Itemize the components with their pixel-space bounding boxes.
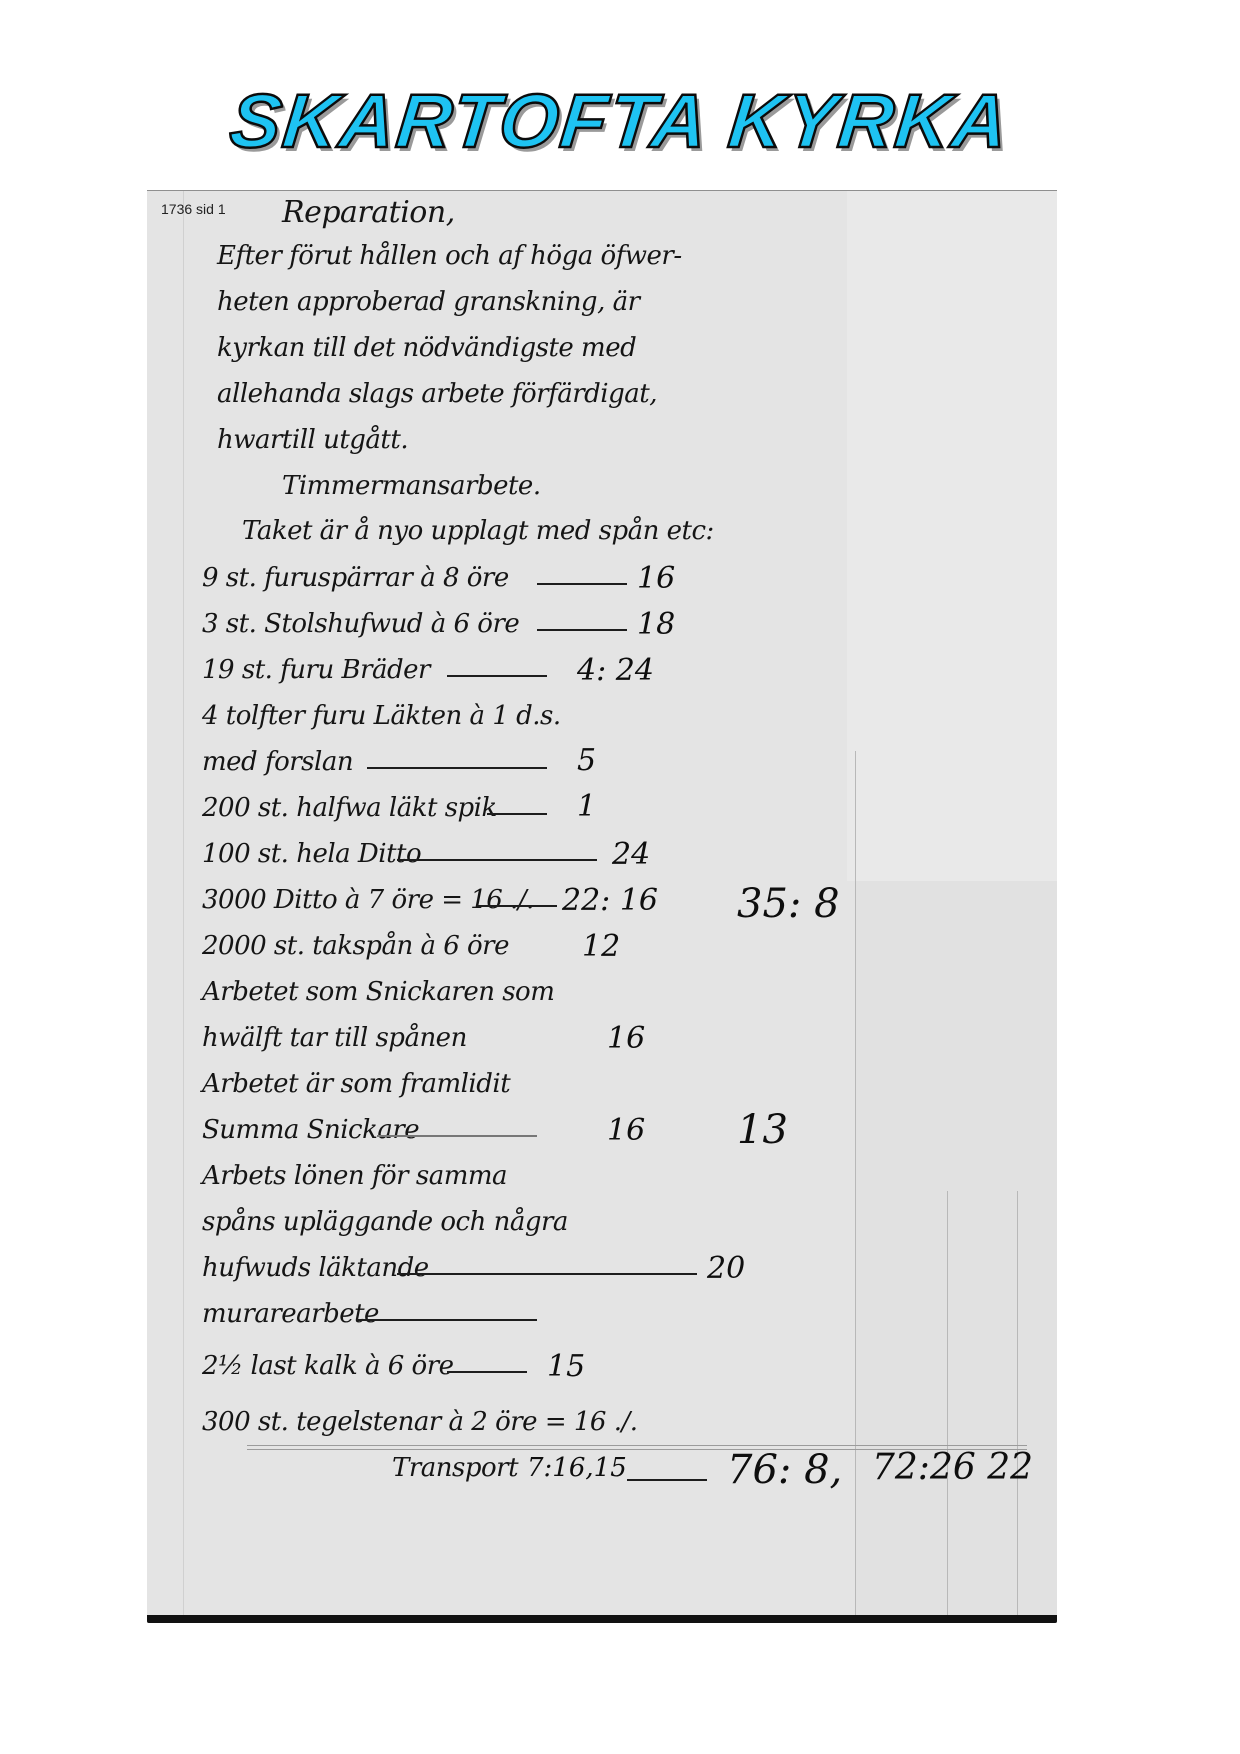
entry-text: murarearbete <box>202 1299 379 1329</box>
scan-bottom-edge <box>147 1615 1057 1623</box>
intro-line: hwartill utgått. <box>217 425 408 455</box>
entry-amount: 12 <box>582 929 620 964</box>
leader-line <box>477 905 557 907</box>
entry-amount: 5 <box>577 743 596 778</box>
entry-text: 100 st. hela Ditto <box>202 839 421 869</box>
entry-text: 3 st. Stolshufwud à 6 öre <box>202 609 519 639</box>
entry-text: Arbetet som Snickaren som <box>202 977 554 1007</box>
intro-line: allehanda slags arbete förfärdigat, <box>217 379 657 409</box>
manuscript-scan: 1736 sid 1 Reparation, Efter förut hålle… <box>147 190 1057 1623</box>
entry-amount: 1 <box>577 789 596 824</box>
margin-rule <box>183 191 184 1621</box>
heading: Reparation, <box>282 195 455 230</box>
entry-text: Summa Snickare <box>202 1115 419 1145</box>
column-rule <box>947 1191 948 1621</box>
entry-text: 9 st. furuspärrar à 8 öre <box>202 563 509 593</box>
entry-text: 19 st. furu Bräder <box>202 655 430 685</box>
column-rule <box>1017 1191 1018 1621</box>
leader-line <box>487 813 547 815</box>
scan-shade-upper <box>847 191 1057 881</box>
entry-text: 3000 Ditto à 7 öre = 16 ./. <box>202 885 534 915</box>
entry-amount: 15 <box>547 1349 585 1384</box>
entry-subtotal: 13 <box>737 1107 788 1153</box>
entry-text: 2000 st. takspån à 6 öre <box>202 931 509 961</box>
leader-line <box>447 1371 527 1373</box>
entry-text: 300 st. tegelstenar à 2 öre = 16 ./. <box>202 1407 638 1437</box>
transport-total: 76: 8, <box>727 1447 842 1493</box>
entry-amount: 16 <box>637 561 675 596</box>
page-label: 1736 sid 1 <box>161 201 226 217</box>
entry-text: Arbets lönen för samma <box>202 1161 507 1191</box>
page-title: SKARTOFTA KYRKA <box>0 78 1240 165</box>
leader-line <box>397 859 597 861</box>
leader-line <box>447 675 547 677</box>
leader-line <box>367 767 547 769</box>
entry-amount: 16 <box>607 1113 645 1148</box>
leader-line <box>537 629 627 631</box>
entry-text: spåns upläggande och några <box>202 1207 568 1237</box>
transport-value: 7:16,15 <box>527 1453 627 1483</box>
entry-text: med forslan <box>202 747 353 777</box>
entry-amount: 24 <box>612 837 650 872</box>
intro-line: kyrkan till det nödvändigste med <box>217 333 636 363</box>
entry-text: hwälft tar till spånen <box>202 1023 467 1053</box>
entry-amount: 4: 24 <box>577 653 654 688</box>
entry-text: 200 st. halfwa läkt spik <box>202 793 497 823</box>
transport-label: Transport <box>392 1453 518 1483</box>
intro-line: heten approberad granskning, är <box>217 287 640 317</box>
column-rule <box>855 751 856 1621</box>
leader-line <box>397 1273 697 1275</box>
section-intro: Taket är å nyo upplagt med spån etc: <box>242 516 714 546</box>
scan-shade-lower <box>855 881 1057 1623</box>
entry-text: hufwuds läktande <box>202 1253 429 1283</box>
entry-text: 4 tolfter furu Läkten à 1 d.s. <box>202 701 561 731</box>
section-heading: Timmermansarbete. <box>282 471 541 501</box>
entry-text: Arbetet är som framlidit <box>202 1069 510 1099</box>
leader-line <box>357 1319 537 1321</box>
leader-line <box>537 583 627 585</box>
entry-amount: 18 <box>637 607 675 642</box>
entry-amount: 16 <box>607 1021 645 1056</box>
transport-total-2: 72:26 22 <box>872 1447 1033 1488</box>
intro-line: Efter förut hållen och af höga öfwer- <box>217 241 682 271</box>
leader-line <box>377 1135 537 1137</box>
leader-line <box>627 1479 707 1481</box>
entry-amount: 22: 16 <box>562 883 658 918</box>
entry-text: 2½ last kalk à 6 öre <box>202 1351 454 1381</box>
entry-amount: 20 <box>707 1251 745 1286</box>
entry-subtotal: 35: 8 <box>737 881 840 927</box>
sum-rule <box>247 1445 1027 1446</box>
